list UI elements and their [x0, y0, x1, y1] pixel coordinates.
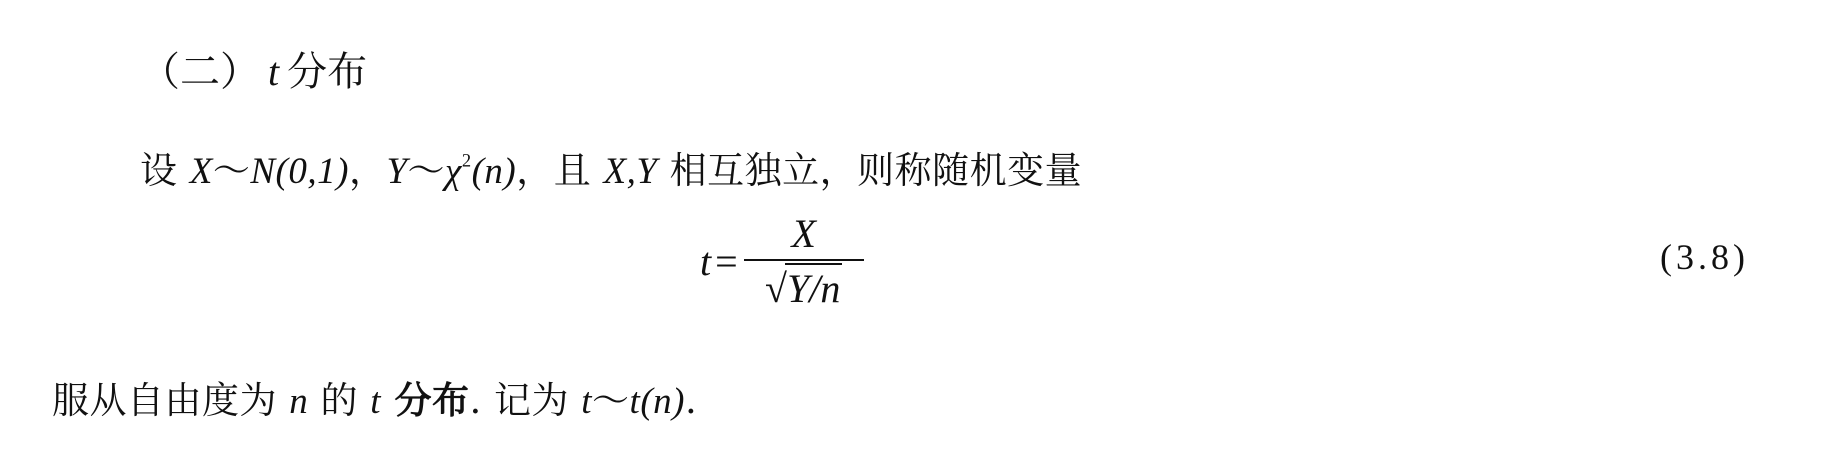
tilde: ～ [213, 151, 251, 192]
text-prefix: 设 [140, 149, 190, 192]
fraction-numerator: X [771, 210, 835, 259]
section-variable: t [268, 49, 279, 94]
comma: ， [349, 149, 387, 192]
definition-line-1: 设 X～N(0,1)，Y～χ2(n)，且 X,Y 相互独立，则称随机变量 [140, 140, 1082, 194]
section-number: （二） [140, 49, 260, 95]
math-x: X [190, 151, 213, 192]
tilde: ～ [408, 151, 446, 192]
radicand: Y/n [785, 263, 842, 312]
sqrt-icon: √ [765, 265, 787, 312]
equation-number: (3.8) [1660, 236, 1749, 278]
fraction: X √ Y/n [744, 210, 864, 312]
math-normal-dist: N(0,1) [250, 151, 349, 192]
math-chi-superscript: 2 [462, 151, 472, 171]
definition-line-3: 服从自由度为 n 的 t 分布. 记为 t～t(n). [52, 370, 697, 424]
term-t-distribution: 分布 [381, 379, 469, 422]
section-heading: （二）t分布 [140, 40, 367, 97]
math-chi-arg: (n) [472, 151, 517, 192]
text-of: 的 [308, 379, 370, 422]
fraction-denominator: √ Y/n [765, 261, 842, 312]
text-denoted: . 记为 [469, 379, 581, 422]
period: . [685, 379, 697, 422]
formula-equals: = [715, 238, 738, 285]
section-title: 分布 [287, 49, 367, 95]
math-t-n: t(n) [630, 381, 685, 422]
text-and: ，且 [516, 149, 603, 192]
text-rest: 相互独立，则称随机变量 [657, 149, 1082, 192]
math-t: t [370, 381, 381, 422]
math-y: Y [386, 151, 407, 192]
math-chi: χ [445, 151, 462, 192]
math-n: n [289, 381, 308, 422]
math-t: t [581, 381, 592, 422]
formula-lhs: t [700, 238, 711, 285]
tilde: ～ [592, 381, 630, 422]
text-prefix: 服从自由度为 [52, 379, 289, 422]
formula-t-definition: t = X √ Y/n [700, 206, 864, 316]
math-xy: X,Y [603, 151, 657, 192]
